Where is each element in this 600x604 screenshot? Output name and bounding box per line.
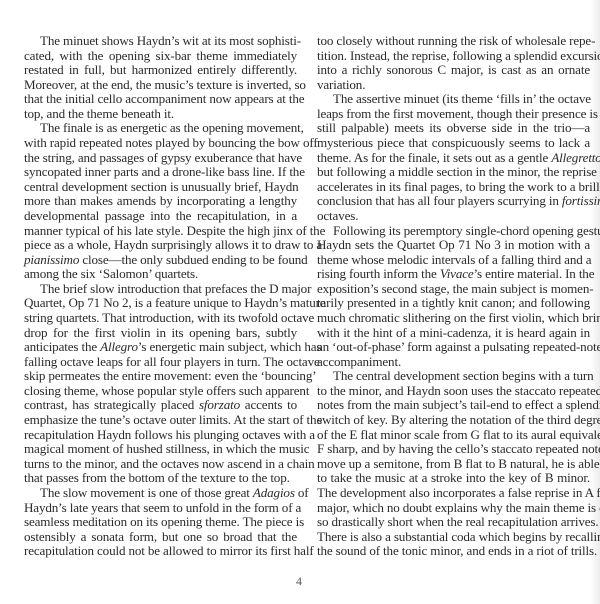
text-line: ostensibly a sonata form, but one so bro… <box>24 530 297 545</box>
text-line: developmental passage into the recapitul… <box>24 209 297 224</box>
text-line: theme whose melodic intervals of a falli… <box>317 253 590 268</box>
text-line: that the initial cello accompaniment now… <box>24 92 297 107</box>
paragraph: The central development section begins w… <box>317 369 590 559</box>
text-line: switch of key. By altering the notation … <box>317 413 590 428</box>
paragraph: The finale is as energetic as the openin… <box>24 121 297 281</box>
text-line: accelerates in its final pages, to bring… <box>317 180 590 195</box>
text-line: magical moment of hushed stillness, in w… <box>24 442 297 457</box>
text-line: There is also a substantial coda which b… <box>317 530 590 545</box>
text-line: into a richly sonorous C major, is cast … <box>317 63 590 78</box>
text-line: Quartet, Op 71 No 2, is a feature unique… <box>24 296 297 311</box>
paragraph: too closely without running the risk of … <box>317 34 590 92</box>
text-line: to take the music at a stroke into the k… <box>317 471 590 486</box>
paragraph: The minuet shows Haydn’s wit at its most… <box>24 34 297 121</box>
text-line: drop for the first violin in its opening… <box>24 326 297 341</box>
text-line: string quartets. That introduction, with… <box>24 311 297 326</box>
text-line: tition. Instead, the reprise, following … <box>317 49 590 64</box>
text-line: seamless meditation on its opening theme… <box>24 515 297 530</box>
text-line: The finale is as energetic as the openin… <box>24 121 297 136</box>
paragraph: The assertive minuet (its theme ‘fills i… <box>317 92 590 223</box>
text-line: syncopated inner parts and a drone-like … <box>24 165 297 180</box>
text-line: F sharp, and by having the cello’s stacc… <box>317 442 590 457</box>
text-line: among the six ‘Salomon’ quartets. <box>24 267 297 282</box>
text-line: skip permeates the entire movement: even… <box>24 369 297 384</box>
text-line: The central development section begins w… <box>317 369 590 384</box>
text-line: with rapid repeated notes played by boun… <box>24 136 297 151</box>
text-line: mysterious piece that conspicuously seem… <box>317 136 590 151</box>
text-line: The brief slow introduction that preface… <box>24 282 297 297</box>
text-line: much chromatic slithering on the first v… <box>317 311 590 326</box>
text-line: that passes from the bottom of the textu… <box>24 471 297 486</box>
text-line: conclusion that has all four players scu… <box>317 194 590 209</box>
text-line: anticipates the Allegro’s energetic main… <box>24 340 297 355</box>
text-line: notes from the main subject’s tail-end t… <box>317 398 590 413</box>
text-line: The assertive minuet (its theme ‘fills i… <box>317 92 590 107</box>
text-line: of the E flat minor scale from G flat to… <box>317 428 590 443</box>
text-line: to the minor, and Haydn soon uses the st… <box>317 384 590 399</box>
text-line: more than makes amends by incorporating … <box>24 194 297 209</box>
text-line: Following its peremptory single-chord op… <box>317 224 590 239</box>
text-line: the sound of the tonic minor, and ends i… <box>317 544 590 559</box>
text-line: the string, and passages of gypsy exuber… <box>24 151 297 166</box>
text-line: The minuet shows Haydn’s wit at its most… <box>24 34 297 49</box>
text-line: tarily presented in a tightly knit canon… <box>317 296 590 311</box>
text-line: pianissimo close—the only subdued ending… <box>24 253 297 268</box>
text-line: Haydn sets the Quartet Op 71 No 3 in mot… <box>317 238 590 253</box>
page-number: 4 <box>296 574 302 589</box>
text-line: piece as a whole, Haydn surprisingly all… <box>24 238 297 253</box>
paragraph: The slow movement is one of those great … <box>24 486 297 559</box>
text-line: rising fourth inform the Vivace’s entire… <box>317 267 590 282</box>
text-line: manner typical of his late style. Despit… <box>24 224 297 239</box>
text-line: recapitulation could not be allowed to m… <box>24 544 297 559</box>
text-line: exposition’s second stage, the main subj… <box>317 282 590 297</box>
text-line: central development section is unusually… <box>24 180 297 195</box>
text-line: move up a semitone, from B flat to B nat… <box>317 457 590 472</box>
text-line: cated, with the opening six-bar theme im… <box>24 49 297 64</box>
text-line: The slow movement is one of those great … <box>24 486 297 501</box>
text-line: top, and the theme beneath it. <box>24 107 297 122</box>
text-line: so drastically short when the real recap… <box>317 515 590 530</box>
text-line: with it the hint of a mini-cadenza, it i… <box>317 326 590 341</box>
text-line: The development also incorporates a fals… <box>317 486 590 501</box>
text-line: closing theme, whose popular style offer… <box>24 384 297 399</box>
right-column: too closely without running the risk of … <box>317 34 590 559</box>
text-line: turns to the minor, and the octaves now … <box>24 457 297 472</box>
text-line: major, which no doubt explains why the m… <box>317 501 590 516</box>
paragraph: Following its peremptory single-chord op… <box>317 224 590 370</box>
text-line: Moreover, at the end, the music’s textur… <box>24 78 297 93</box>
text-line: theme. As for the finale, it sets out as… <box>317 151 590 166</box>
text-line: octaves. <box>317 209 590 224</box>
text-line: too closely without running the risk of … <box>317 34 590 49</box>
text-line: but following a middle section in the mi… <box>317 165 590 180</box>
text-line: restated in full, but harmonized entirel… <box>24 63 297 78</box>
text-line: an ‘out-of-phase’ form against a pulsati… <box>317 340 590 355</box>
text-line: contrast, has strategically placed sforz… <box>24 398 297 413</box>
left-column: The minuet shows Haydn’s wit at its most… <box>24 34 297 559</box>
text-line: leaps from the first movement, though th… <box>317 107 590 122</box>
text-line: falling octave leaps for all four player… <box>24 355 297 370</box>
text-line: still palpable) meets its obverse side i… <box>317 121 590 136</box>
text-line: recapitulation Haydn follows his plungin… <box>24 428 297 443</box>
paragraph: The brief slow introduction that preface… <box>24 282 297 486</box>
text-line: accompaniment. <box>317 355 590 370</box>
text-line: emphasize the tune’s octave outer limits… <box>24 413 297 428</box>
text-line: variation. <box>317 78 590 93</box>
text-line: Haydn’s late years that seem to unfold i… <box>24 501 297 516</box>
